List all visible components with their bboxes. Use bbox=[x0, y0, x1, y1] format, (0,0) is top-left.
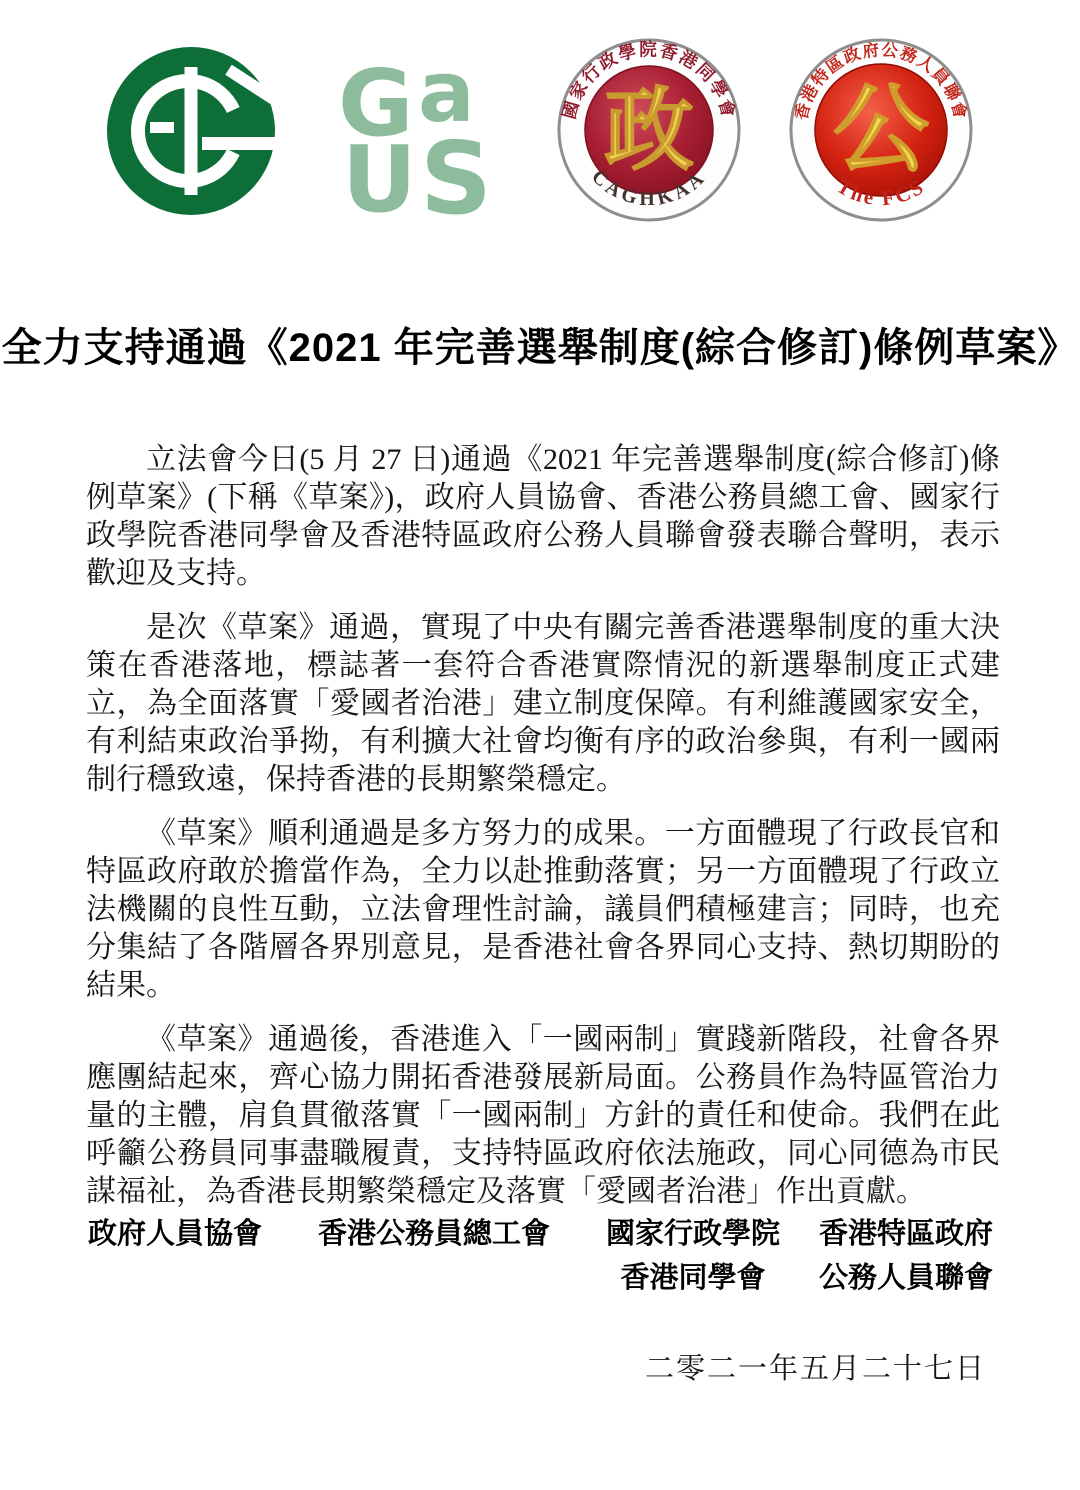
statement-date: 二零二一年五月二十七日 bbox=[645, 1346, 986, 1387]
paragraph-4: 《草案》通過後，香港進入「一國兩制」實踐新階段，社會各界應團結起來，齊心協力開拓… bbox=[86, 1021, 1000, 1211]
signature-caghkaa: 國家行政學院 香港同學會 bbox=[606, 1212, 780, 1300]
signature-line: 香港特區政府 bbox=[819, 1212, 993, 1256]
logo-row: G a U S 國家行政學院香港同學會 CAGHKAA bbox=[0, 0, 1080, 218]
paragraph-1: 立法會今日(5 月 27 日)通過《2021 年完善選舉制度(綜合修訂)條例草案… bbox=[86, 441, 1000, 593]
paragraph-2: 是次《草案》通過，實現了中央有關完善香港選舉制度的重大決策在香港落地，標誌著一套… bbox=[86, 609, 1000, 799]
signature-line: 政府人員協會 bbox=[88, 1212, 262, 1256]
signature-line: 公務人員聯會 bbox=[819, 1256, 993, 1300]
signature-government-employees-association: 政府人員協會 bbox=[88, 1212, 262, 1256]
signature-line: 香港公務員總工會 bbox=[318, 1212, 550, 1256]
signature-line: 國家行政學院 bbox=[606, 1212, 780, 1256]
gus-letter-s: S bbox=[420, 120, 492, 217]
signature-civil-servants-general-union: 香港公務員總工會 bbox=[318, 1212, 550, 1256]
government-employees-association-logo-icon bbox=[106, 43, 276, 217]
signature-fcs: 香港特區政府 公務人員聯會 bbox=[819, 1212, 993, 1300]
civil-servants-general-union-logo-icon: G a U S bbox=[322, 43, 510, 217]
caghkaa-seal-logo-icon: 國家行政學院香港同學會 CAGHKAA 政 bbox=[556, 37, 742, 223]
gus-letter-u: U bbox=[342, 126, 417, 217]
signature-line: 香港同學會 bbox=[606, 1256, 780, 1300]
paragraph-3: 《草案》順利通過是多方努力的成果。一方面體現了行政長官和特區政府敢於擔當作為，全… bbox=[86, 815, 1000, 1005]
caghkaa-center-character: 政 bbox=[604, 82, 694, 181]
statement-body: 立法會今日(5 月 27 日)通過《2021 年完善選舉制度(綜合修訂)條例草案… bbox=[86, 441, 1000, 1211]
fcs-center-character: 公 bbox=[833, 77, 929, 184]
fcs-seal-logo-icon: 香港特區政府公務人員聯會 The FCS 公 bbox=[788, 37, 974, 223]
signature-block: 政府人員協會 香港公務員總工會 國家行政學院 香港同學會 香港特區政府 公務人員… bbox=[0, 1212, 1080, 1312]
statement-title: 全力支持通過《2021 年完善選舉制度(綜合修訂)條例草案》 bbox=[0, 316, 1080, 373]
statement-page: G a U S 國家行政學院香港同學會 CAGHKAA bbox=[0, 0, 1080, 1490]
